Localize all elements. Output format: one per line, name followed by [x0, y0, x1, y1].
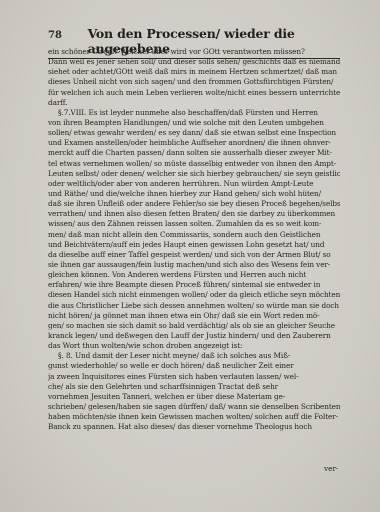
- text-line: schrieben/ gelesen/haben sie sagen dürff…: [48, 402, 340, 412]
- text-line: und Räthe/ und die/welche ihnen hierbey …: [48, 189, 340, 199]
- text-line: und Beichtvätern/auff ein jedes Haupt ei…: [48, 240, 340, 250]
- text-line: für welchen ich auch mein Leben verliere…: [48, 88, 340, 98]
- text-line: erfahren/ wie ihre Beampte diesen Proceß…: [48, 280, 340, 290]
- text-line: che/ als sie den Gelehrten und scharffsi…: [48, 382, 340, 392]
- text-line: Banck zu spannen. Hat also dieses/ das d…: [48, 422, 340, 432]
- text-line: gleichen können. Von Anderen werdens Für…: [48, 270, 340, 280]
- text-line: ein schöner Circul? Welcher aber wird vo…: [48, 47, 340, 57]
- text-line: merckt auff die Charten passen/ dann sol…: [48, 148, 340, 158]
- body-text: ein schöner Circul? Welcher aber wird vo…: [48, 47, 340, 432]
- page-number: 78: [48, 30, 88, 41]
- text-line: das Wort thun wolten/wie schon droben an…: [48, 341, 340, 351]
- text-line: kranck legen/ und deßwegen den Lauff der…: [48, 331, 340, 341]
- text-line: haben möchten/sie ihnen kein Gewissen ma…: [48, 412, 340, 422]
- text-line: und Examen anstellen/oder heimbliche Auf…: [48, 138, 340, 148]
- text-line: diesen Handel sich nicht einmengen wolle…: [48, 290, 340, 300]
- text-line: die aus Christlicher Liebe sich dessen a…: [48, 301, 340, 311]
- text-line: siehet oder achtet/GOtt weiß daß mirs in…: [48, 67, 340, 77]
- text-line: men/ daß man nicht allein den Commissari…: [48, 230, 340, 240]
- text-line: Dann weil es jener sehen soll/ und diese…: [48, 57, 340, 67]
- text-line: da dieselbe auff einer Taffel gespeist w…: [48, 250, 340, 260]
- text-line: ja zween Inquisitores eines Fürsten sich…: [48, 372, 340, 382]
- book-page: 78 Von den Processen/ wieder die angegeb…: [0, 0, 380, 512]
- text-line: sie ihnen gar aussaugen/fein lustig mach…: [48, 260, 340, 270]
- text-line: tel etwas vernehmen wollen/ so müste das…: [48, 159, 340, 169]
- text-line: §. 8. Und damit der Leser nicht meyne/ d…: [48, 351, 340, 361]
- text-line: gen/ so machen sie sich damit so bald ve…: [48, 321, 340, 331]
- text-line: sollen/ etwas gewahr werden/ es sey dann…: [48, 128, 340, 138]
- text-line: verrathen/ und ihnen also diesen fetten …: [48, 209, 340, 219]
- text-line: nicht hören/ ja gönnet man ihnen etwa ei…: [48, 311, 340, 321]
- text-line: daß sie ihren Unfleiß oder andere Fehler…: [48, 199, 340, 209]
- text-line: §.7.VIII. Es ist leyder nunmehe also bes…: [48, 108, 340, 118]
- text-line: vornehmen Jesuiten Tanneri, welchen er ü…: [48, 392, 340, 402]
- text-line: gunst wiederhohle/ so welle er doch höre…: [48, 361, 340, 371]
- text-line: Leuten selbst/ oder denen/ welcher sie s…: [48, 169, 340, 179]
- text-line: oder weltlich/oder aber von anderen herr…: [48, 179, 340, 189]
- text-line: von ihren Beampten Handlungen/ und wie s…: [48, 118, 340, 128]
- text-line: wissen/ aus den Zähnen reissen lassen so…: [48, 219, 340, 229]
- catchword: ver-: [324, 464, 338, 473]
- text-line: darff.: [48, 98, 340, 108]
- text-line: dieses Unheil nicht von sich sagen/ und …: [48, 77, 340, 87]
